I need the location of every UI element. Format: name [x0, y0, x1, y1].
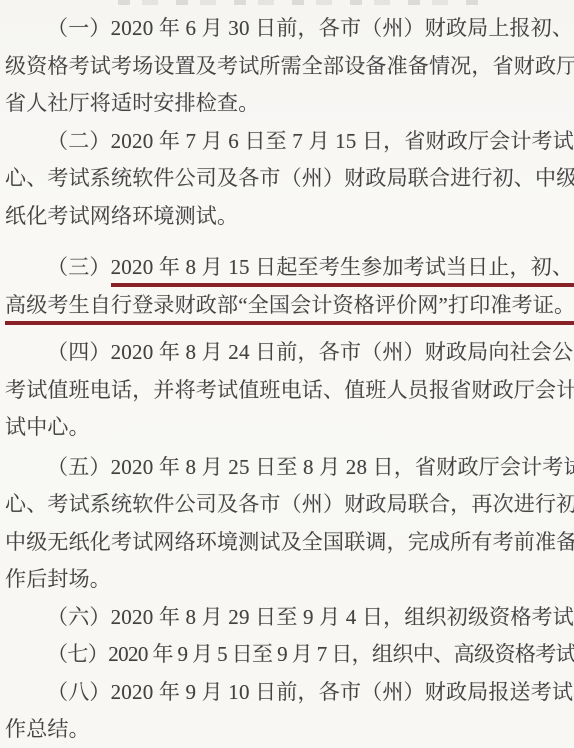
paragraph-line: 高级考生自行登录财政部“全国会计资格评价网”打印准考证。	[5, 287, 570, 325]
paragraph-item-4: （四）2020 年 8 月 24 日前，各市（州）财政局向社会公布 考试值班电话…	[5, 334, 570, 447]
paragraph-item-6: （六）2020 年 8 月 29 日至 9 月 4 日，组织初级资格考试。	[5, 599, 570, 637]
paragraph-item-3-highlighted: （三）2020 年 8 月 15 日起至考生参加考试当日止，初、中、 高级考生自…	[5, 249, 570, 324]
paragraph-line: （三）2020 年 8 月 15 日起至考生参加考试当日止，初、中、	[5, 249, 570, 287]
paragraph-line: （一）2020 年 6 月 30 日前，各市（州）财政局上报初、中	[5, 10, 570, 48]
paragraph-line: 作总结。	[5, 711, 570, 748]
paragraph-line: （六）2020 年 8 月 29 日至 9 月 4 日，组织初级资格考试。	[5, 599, 570, 637]
paragraph-line: 级资格考试考场设置及考试所需全部设备准备情况，省财政厅、	[5, 48, 570, 86]
paragraph-line: （四）2020 年 8 月 24 日前，各市（州）财政局向社会公布	[5, 334, 570, 372]
clipped-text-fragment	[118, 0, 480, 5]
paragraph-line: （七）2020 年 9 月 5 日至 9 月 7 日，组织中、高级资格考试。	[5, 636, 570, 674]
paragraph-item-8: （八）2020 年 9 月 10 日前，各市（州）财政局报送考试工 作总结。	[5, 674, 570, 748]
paragraph-line: （五）2020 年 8 月 25 日至 8 月 28 日，省财政厅会计考试中	[5, 449, 570, 487]
document-page: （一）2020 年 6 月 30 日前，各市（州）财政局上报初、中 级资格考试考…	[0, 0, 574, 748]
paragraph-marker: （三）	[47, 255, 111, 279]
paragraph-line: 作后封场。	[5, 561, 570, 599]
paragraph-line: 纸化考试网络环境测试。	[5, 198, 570, 236]
paragraph-line: 心、考试系统软件公司及各市（州）财政局联合，再次进行初、	[5, 486, 570, 524]
red-underlined-text: 2020 年 8 月 15 日起至考生参加考试当日止，初、中、	[111, 255, 574, 287]
paragraph-line: 考试值班电话，并将考试值班电话、值班人员报省财政厅会计考	[5, 372, 570, 410]
paragraph-item-2: （二）2020 年 7 月 6 日至 7 月 15 日，省财政厅会计考试中 心、…	[5, 123, 570, 236]
red-underlined-text: 高级考生自行登录财政部“全国会计资格评价网”打印准考证。	[5, 293, 574, 325]
paragraph-line: （二）2020 年 7 月 6 日至 7 月 15 日，省财政厅会计考试中	[5, 123, 570, 161]
paragraph-line: 心、考试系统软件公司及各市（州）财政局联合进行初、中级无	[5, 160, 570, 198]
paragraph-item-1: （一）2020 年 6 月 30 日前，各市（州）财政局上报初、中 级资格考试考…	[5, 10, 570, 123]
paragraph-line: 中级无纸化考试网络环境测试及全国联调，完成所有考前准备工	[5, 524, 570, 562]
paragraph-item-7: （七）2020 年 9 月 5 日至 9 月 7 日，组织中、高级资格考试。	[5, 636, 570, 674]
paragraph-line: 试中心。	[5, 409, 570, 447]
paragraph-line: （八）2020 年 9 月 10 日前，各市（州）财政局报送考试工	[5, 674, 570, 712]
paragraph-item-5: （五）2020 年 8 月 25 日至 8 月 28 日，省财政厅会计考试中 心…	[5, 449, 570, 599]
paragraph-line: 省人社厅将适时安排检查。	[5, 85, 570, 123]
